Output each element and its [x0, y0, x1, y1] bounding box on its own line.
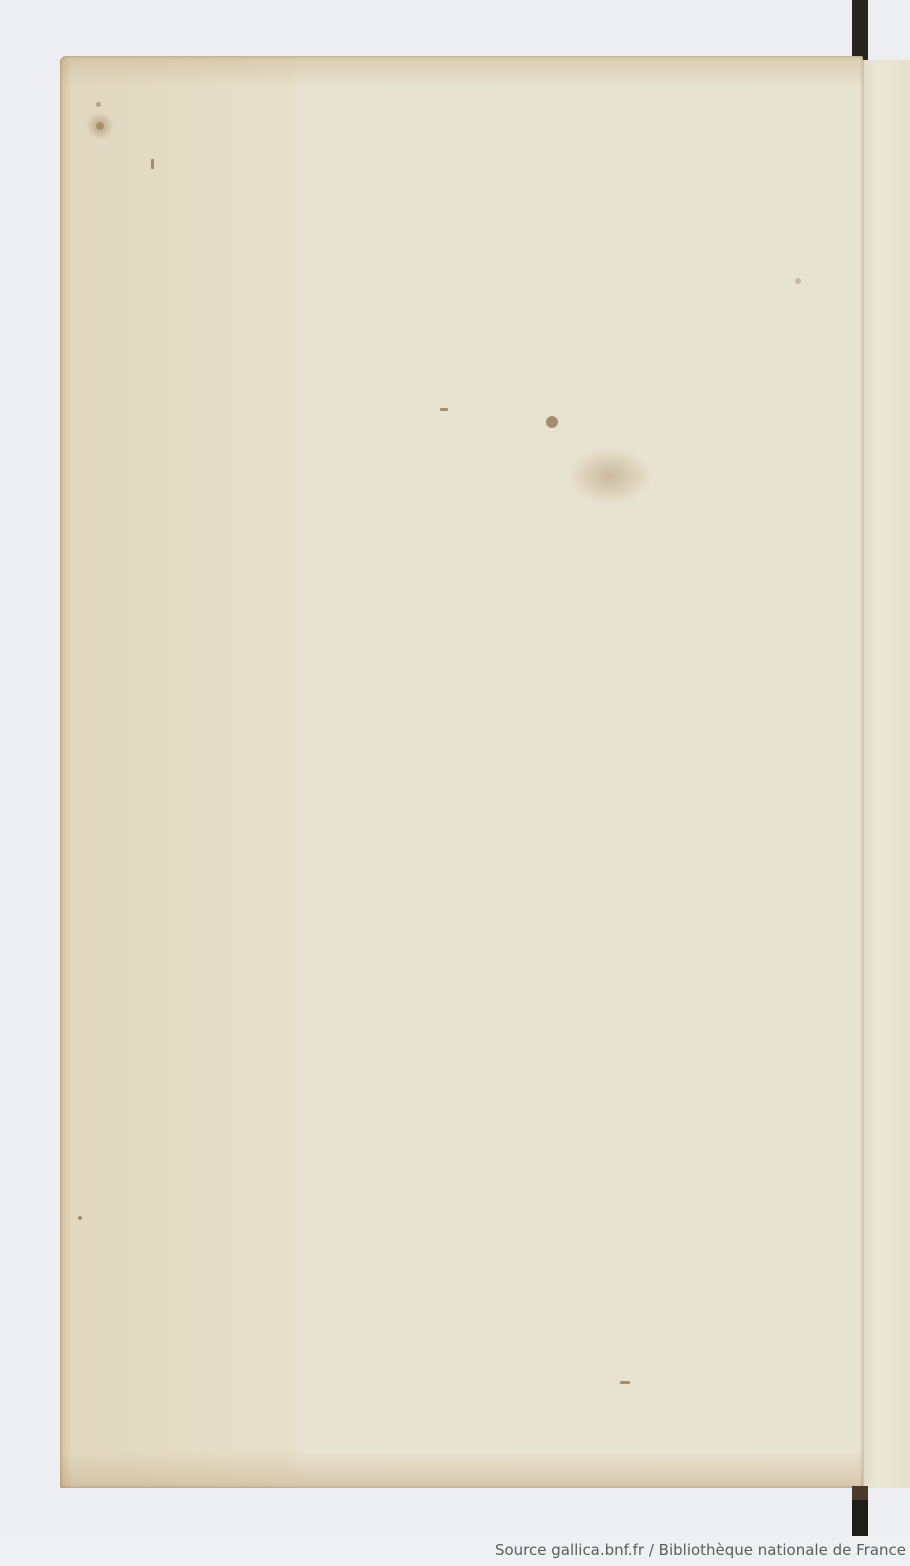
debris-mark [620, 1381, 630, 1384]
debris-mark [440, 408, 448, 411]
source-credit: Source gallica.bnf.fr / Bibliothèque nat… [495, 1541, 906, 1559]
binding-tab-top [852, 0, 868, 62]
foxing-spot [78, 1216, 82, 1220]
scan-viewport [0, 0, 910, 1535]
debris-mark [151, 159, 154, 169]
blank-book-page [60, 56, 863, 1488]
facing-page-edge [858, 60, 910, 1488]
foxing-spot [96, 102, 101, 107]
foxing-spot [96, 122, 104, 130]
foxing-spot [546, 416, 558, 428]
binding-tab-bottom [852, 1486, 868, 1536]
foxing-spot [795, 278, 801, 284]
